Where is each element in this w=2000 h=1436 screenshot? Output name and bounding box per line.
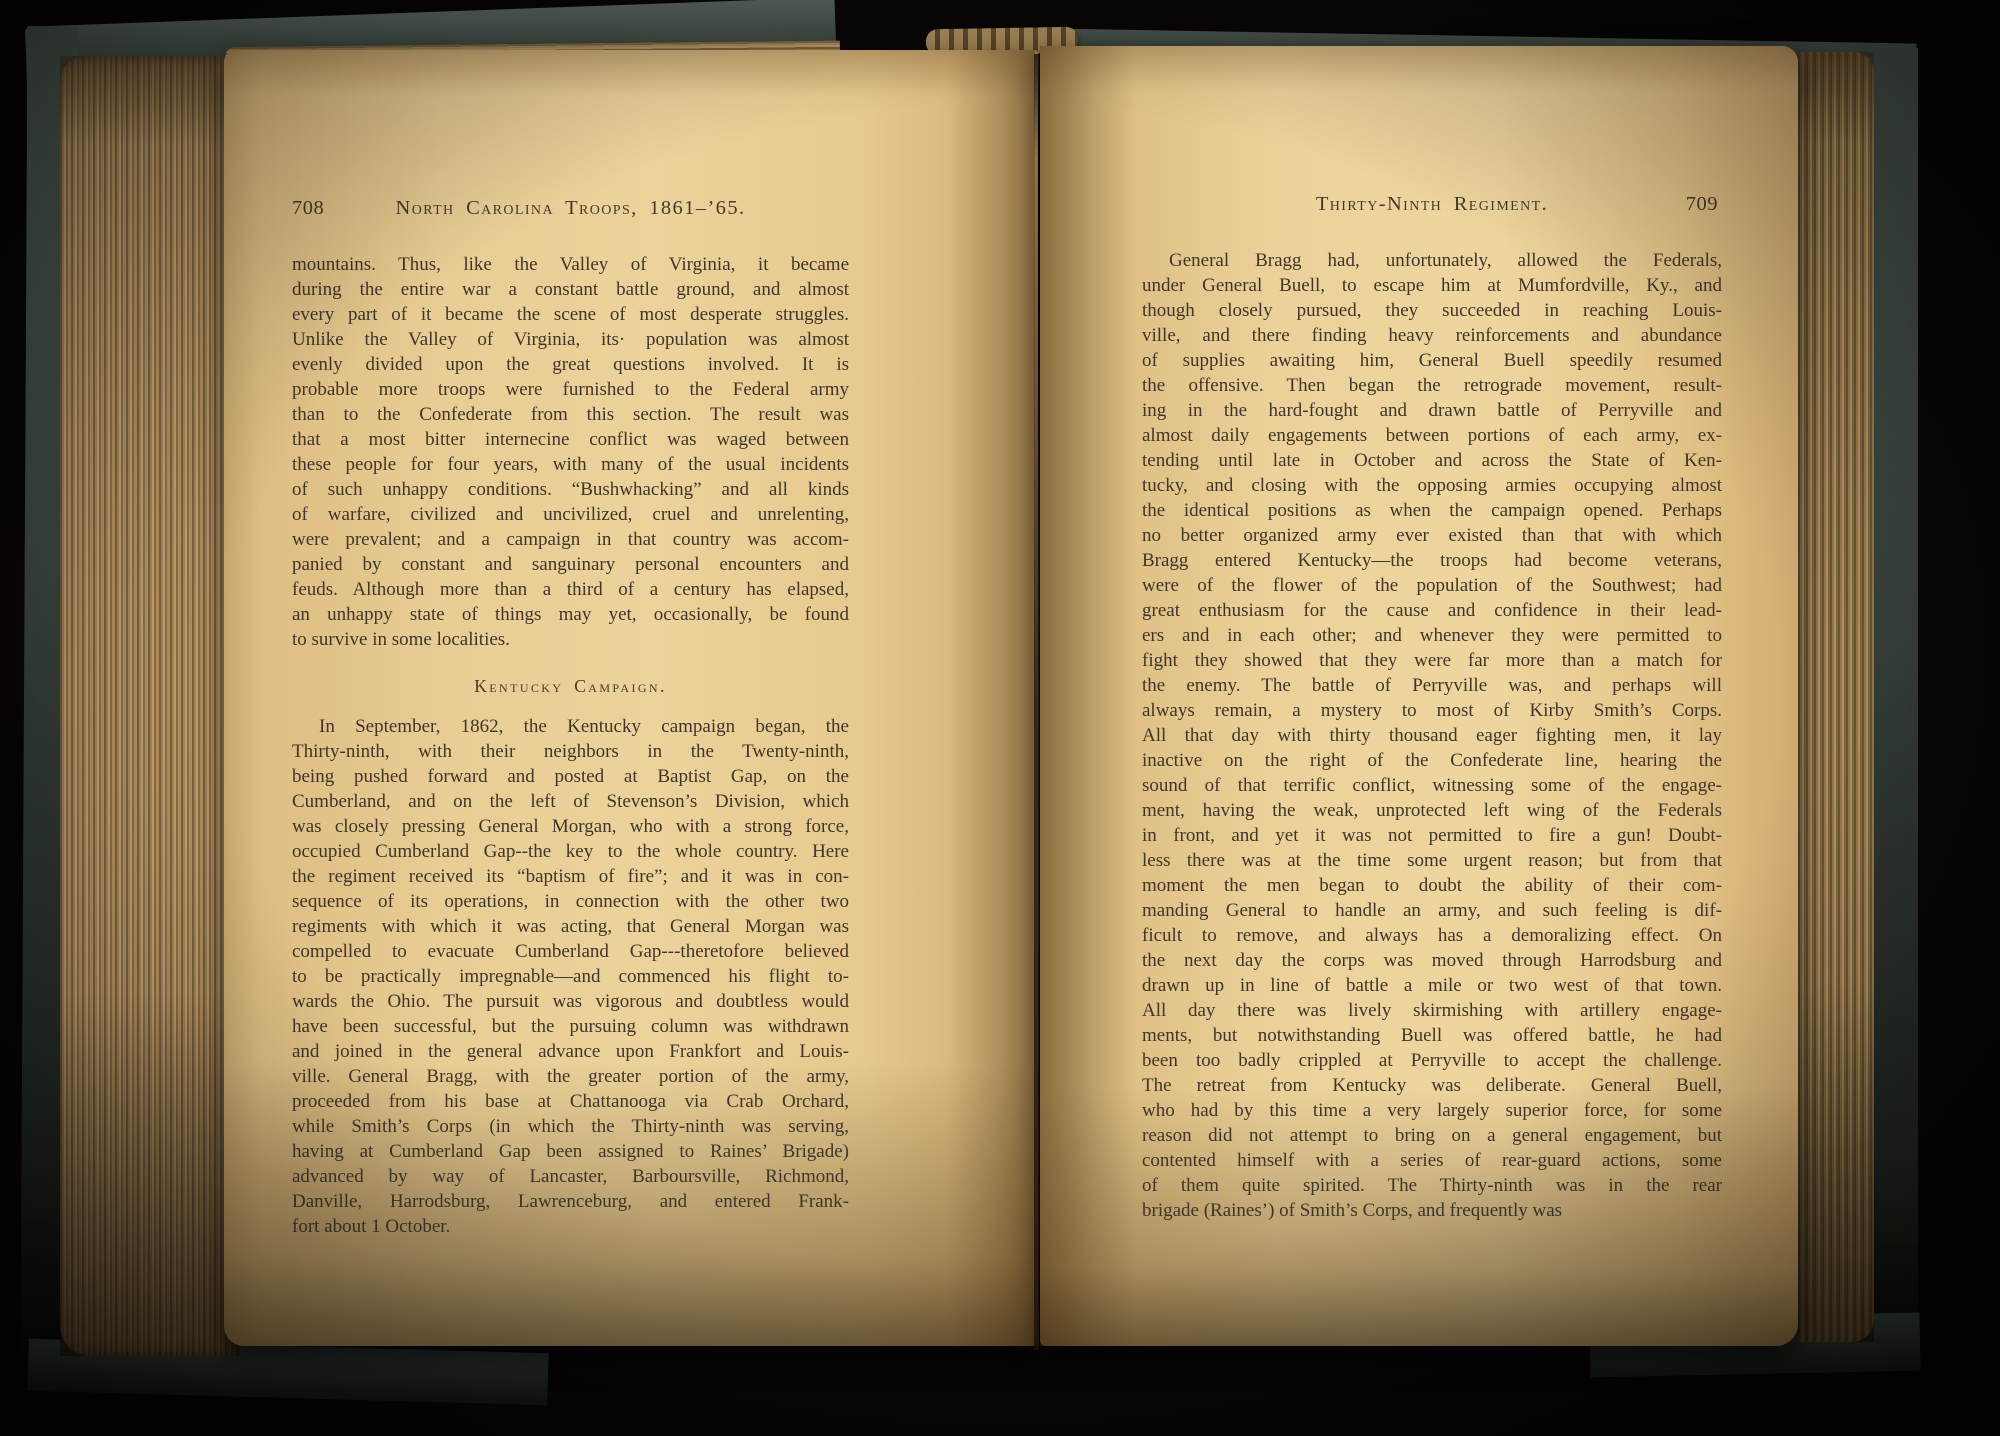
section-heading-kentucky-campaign: Kentucky Campaign. [292,674,849,699]
text-line: Cumberland, and on the left of Stevenson… [292,789,849,814]
text-line: been too badly crippled at Perryville to… [1142,1048,1722,1073]
text-line: the next day the corps was moved through… [1142,948,1722,973]
text-line: the identical positions as when the camp… [1142,498,1722,523]
left-paragraph-2: In September, 1862, the Kentucky campaig… [292,714,849,1239]
text-line: feuds. Although more than a third of a c… [292,577,849,602]
text-line: Unlike the Valley of Virginia, its· popu… [292,327,849,352]
text-line: regiments with which it was acting, that… [292,914,849,939]
text-line: were of the flower of the population of … [1142,573,1722,598]
text-line: fort about 1 October. [292,1214,849,1239]
text-line: wards the Ohio. The pursuit was vigorous… [292,989,849,1014]
text-line: of them quite spirited. The Thirty-ninth… [1142,1173,1722,1198]
text-line: the offensive. Then began the retrograde… [1142,373,1722,398]
text-line: great enthusiasm for the cause and confi… [1142,598,1722,623]
text-line: probable more troops were furnished to t… [292,377,849,402]
text-line: Thirty-ninth, with their neighbors in th… [292,739,849,764]
text-line: who had by this time a very largely supe… [1142,1098,1722,1123]
text-line: fight they showed that they were far mor… [1142,648,1722,673]
photo-background: 708 North Carolina Troops, 1861–’65. mou… [0,0,2000,1436]
text-line: to be practically impregnable—and commen… [292,964,849,989]
text-line: ers and in each other; and whenever they… [1142,623,1722,648]
gutter-shadow-right [1040,46,1136,1346]
text-line: brigade (Raines’) of Smith’s Corps, and … [1142,1198,1722,1223]
right-page: Thirty-Ninth Regiment. 709 General Bragg… [1040,46,1798,1346]
text-line: less there was at the time some urgent r… [1142,848,1722,873]
text-line: Bragg entered Kentucky—the troops had be… [1142,548,1722,573]
text-line: advanced by way of Lancaster, Barboursvi… [292,1164,849,1189]
text-line: to survive in some localities. [292,627,849,652]
text-line: no better organized army ever existed th… [1142,523,1722,548]
text-line: ville. General Bragg, with the greater p… [292,1064,849,1089]
text-line: All day there was lively skirmishing wit… [1142,998,1722,1023]
right-running-header: Thirty-Ninth Regiment. [1142,192,1722,217]
text-line: that a most bitter internecine conflict … [292,427,849,452]
text-line: The retreat from Kentucky was deliberate… [1142,1073,1722,1098]
book-gutter [1034,54,1039,1350]
text-line: though closely pursued, they succeeded i… [1142,298,1722,323]
text-line: than to the Confederate from this sectio… [292,402,849,427]
text-line: General Bragg had, unfortunately, allowe… [1142,248,1722,273]
text-line: an unhappy state of things may yet, occa… [292,602,849,627]
left-page-header: 708 North Carolina Troops, 1861–’65. [292,196,849,230]
right-paragraph: General Bragg had, unfortunately, allowe… [1142,248,1722,1223]
text-line: of such unhappy conditions. “Bushwhackin… [292,477,849,502]
left-paragraph-1: mountains. Thus, like the Valley of Virg… [292,252,849,652]
text-line: while Smith’s Corps (in which the Thirty… [292,1114,849,1139]
text-line: the enemy. The battle of Perryville was,… [1142,673,1722,698]
left-page-number: 708 [292,196,324,221]
text-line: In September, 1862, the Kentucky campaig… [292,714,849,739]
text-line: of warfare, civilized and uncivilized, c… [292,502,849,527]
text-line: compelled to evacuate Cumberland Gap---t… [292,939,849,964]
text-line: sound of that terrific conflict, witness… [1142,773,1722,798]
text-line: tending until late in October and across… [1142,448,1722,473]
text-line: proceeded from his base at Chattanooga v… [292,1089,849,1114]
text-line: sequence of its operations, in connectio… [292,889,849,914]
right-page-header: Thirty-Ninth Regiment. 709 [1142,192,1722,226]
text-line: being pushed forward and posted at Bapti… [292,764,849,789]
text-line: during the entire war a constant battle … [292,277,849,302]
text-line: having at Cumberland Gap been assigned t… [292,1139,849,1164]
text-line: in front, and yet it was not permitted t… [1142,823,1722,848]
text-line: almost daily engagements between portion… [1142,423,1722,448]
left-page: 708 North Carolina Troops, 1861–’65. mou… [224,50,1038,1346]
text-line: ficult to remove, and always has a demor… [1142,923,1722,948]
text-line: All that day with thirty thousand eager … [1142,723,1722,748]
text-line: have been successful, but the pursuing c… [292,1014,849,1039]
text-line: ville, and there finding heavy reinforce… [1142,323,1722,348]
text-line: inactive on the right of the Confederate… [1142,748,1722,773]
gutter-shadow-left [948,50,1035,1346]
right-page-number: 709 [1686,192,1718,217]
text-line: of supplies awaiting him, General Buell … [1142,348,1722,373]
text-line: reason did not attempt to bring on a gen… [1142,1123,1722,1148]
text-line: always remain, a mystery to most of Kirb… [1142,698,1722,723]
text-line: ment, having the weak, unprotected left … [1142,798,1722,823]
text-line: mountains. Thus, like the Valley of Virg… [292,252,849,277]
text-line: occupied Cumberland Gap--the key to the … [292,839,849,864]
text-line: the regiment received its “baptism of fi… [292,864,849,889]
text-line: evenly divided upon the great questions … [292,352,849,377]
text-line: contented himself with a series of rear-… [1142,1148,1722,1173]
right-page-stack-fore-edge [1798,52,1874,1342]
left-running-header: North Carolina Troops, 1861–’65. [292,196,849,221]
text-line: manding General to handle an army, and s… [1142,898,1722,923]
text-line: moment the men began to doubt the abilit… [1142,873,1722,898]
text-line: ments, but notwithstanding Buell was off… [1142,1023,1722,1048]
text-line: was closely pressing General Morgan, who… [292,814,849,839]
text-line: these people for four years, with many o… [292,452,849,477]
text-line: every part of it became the scene of mos… [292,302,849,327]
text-line: panied by constant and sanguinary person… [292,552,849,577]
text-line: were prevalent; and a campaign in that c… [292,527,849,552]
left-page-stack-fore-edge [60,56,240,1356]
text-line: Danville, Harrodsburg, Lawrenceburg, and… [292,1189,849,1214]
text-line: ing in the hard-fought and drawn battle … [1142,398,1722,423]
text-line: drawn up in line of battle a mile or two… [1142,973,1722,998]
text-line: tucky, and closing with the opposing arm… [1142,473,1722,498]
text-line: and joined in the general advance upon F… [292,1039,849,1064]
text-line: under General Buell, to escape him at Mu… [1142,273,1722,298]
